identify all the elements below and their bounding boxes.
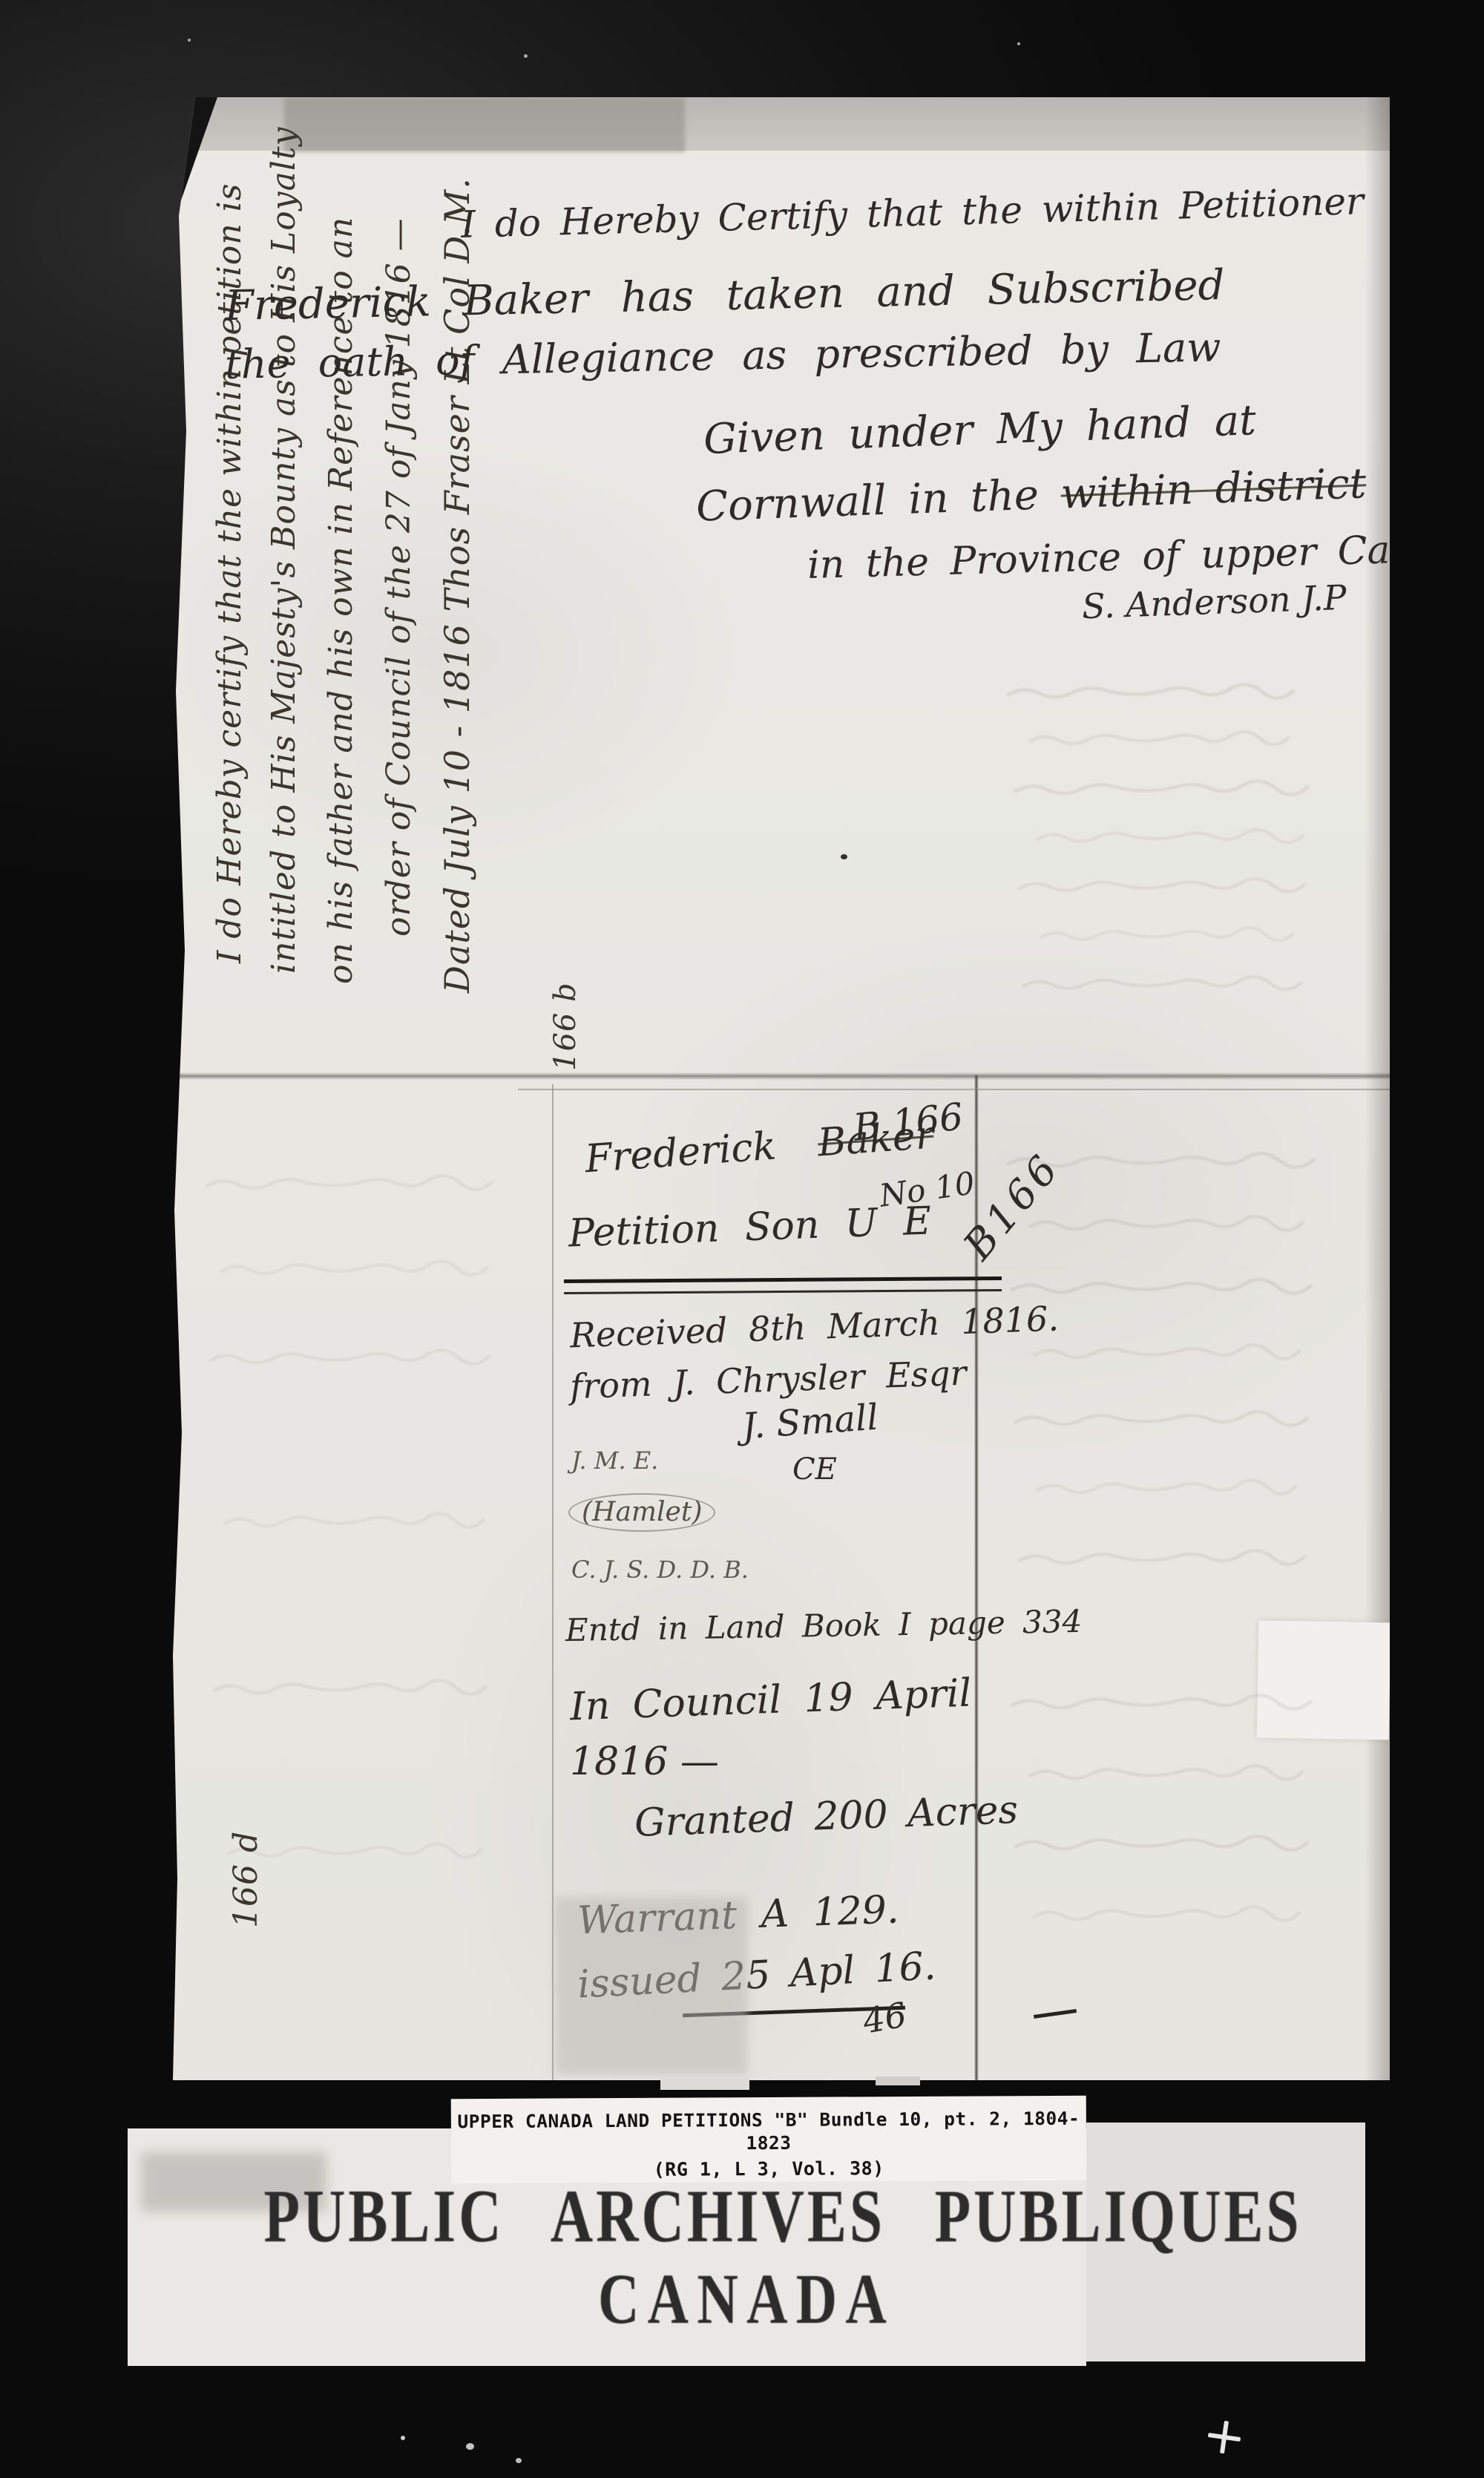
bleedthrough-writing bbox=[1008, 1277, 1342, 1299]
certificate-signature: S. Anderson J.P bbox=[1081, 580, 1347, 623]
docket-initials-a: J. M. E. bbox=[571, 1449, 658, 1472]
bleedthrough-writing bbox=[1008, 1693, 1342, 1715]
docket-top-rule bbox=[518, 1089, 1390, 1090]
certificate-line-2: Frederick Baker has taken and Subscribed bbox=[225, 265, 1225, 327]
docket-initials-b: C. J. S. D. D. B. bbox=[571, 1558, 749, 1581]
bleedthrough-writing bbox=[206, 1348, 518, 1370]
right-edge-shadow bbox=[1365, 97, 1390, 2080]
archives-stamp-line-2: CANADA bbox=[252, 2258, 1241, 2340]
docket-granted-line: Granted 200 Acres bbox=[634, 1791, 1019, 1843]
bleedthrough-writing bbox=[1011, 1409, 1338, 1432]
horizontal-fold-shadow bbox=[173, 1072, 1390, 1080]
bleedthrough-writing bbox=[1026, 1763, 1330, 1786]
bleedthrough-writing bbox=[1026, 1214, 1330, 1236]
manuscript-sheet: I do Hereby certify that the within peti… bbox=[173, 97, 1390, 2080]
docket-name-struck: Baker bbox=[816, 1113, 935, 1166]
typed-archive-label: UPPER CANADA LAND PETITIONS "B" Bundle 1… bbox=[451, 2096, 1087, 2183]
bleedthrough-writing bbox=[1011, 1834, 1338, 1856]
bleedthrough-writing bbox=[203, 1173, 522, 1196]
docket-entry-line: Entd in Land Book I page 334 bbox=[565, 1606, 1083, 1646]
bottom-smudge-patch bbox=[555, 1897, 748, 2075]
bleedthrough-writing bbox=[1037, 925, 1319, 946]
paper-fragment bbox=[876, 2077, 920, 2085]
certificate-line-3: the oath of Allegiance as prescribed by … bbox=[225, 327, 1221, 384]
paper-fragment bbox=[660, 2078, 749, 2090]
bleedthrough-writing bbox=[221, 1511, 510, 1533]
certificate-given-line-1: Given under My hand at bbox=[703, 400, 1256, 461]
side-number-upper: 166 b bbox=[551, 982, 580, 1071]
bleedthrough-writing bbox=[1026, 730, 1316, 750]
given-line-2-text: Cornwall in the bbox=[695, 471, 1062, 531]
bleedthrough-writing bbox=[1004, 682, 1323, 704]
film-speck bbox=[188, 39, 191, 42]
docket-circled-note: (Hamlet) bbox=[568, 1493, 715, 1532]
archives-stamp-line-1: PUBLIC ARCHIVES PUBLIQUES bbox=[263, 2173, 1229, 2260]
repair-patch bbox=[1257, 1620, 1391, 1740]
marginal-note-line: intitled to His Majesty's Bounty as to H… bbox=[268, 127, 301, 974]
given-line-2-struck-words: within district bbox=[1060, 459, 1367, 518]
vertical-fold-line bbox=[552, 1084, 554, 2080]
bleedthrough-writing bbox=[1034, 827, 1330, 848]
film-speck bbox=[516, 2458, 522, 2463]
docket-council-line-2: 1816 — bbox=[570, 1743, 719, 1781]
docket-received-line-2: from J. Chrysler Esqr bbox=[569, 1356, 967, 1404]
docket-name-text: Frederick bbox=[583, 1121, 819, 1182]
bleedthrough-writing bbox=[1011, 779, 1338, 801]
ink-blot bbox=[841, 854, 847, 859]
bleedthrough-writing bbox=[1034, 1478, 1323, 1500]
film-speck bbox=[1017, 42, 1020, 45]
bleedthrough-writing bbox=[1015, 1548, 1334, 1570]
bleedthrough-writing bbox=[1030, 1904, 1327, 1927]
microfilm-frame: I do Hereby certify that the within peti… bbox=[0, 0, 1484, 2478]
film-speck bbox=[466, 2443, 474, 2450]
docket-title: Petition Son U E bbox=[568, 1202, 932, 1253]
bleedthrough-writing bbox=[1019, 974, 1330, 995]
docket-name: Frederick Baker bbox=[584, 1116, 935, 1179]
bottom-dash-mark bbox=[1034, 2009, 1077, 2019]
certificate-line-1: I do Hereby Certify that the within Peti… bbox=[461, 183, 1365, 243]
bleedthrough-writing bbox=[1004, 1151, 1345, 1173]
docket-double-underline bbox=[564, 1276, 1002, 1294]
typed-label-line-1: UPPER CANADA LAND PETITIONS "B" Bundle 1… bbox=[451, 2108, 1086, 2157]
bleedthrough-writing bbox=[210, 1678, 514, 1700]
paper-top-stain-dark bbox=[284, 97, 685, 152]
docket-council-line-1: In Council 19 April bbox=[569, 1674, 972, 1727]
bleedthrough-writing bbox=[217, 1259, 514, 1281]
film-sparkle-blemish bbox=[1208, 2421, 1241, 2454]
docket-clerk-initials: CE bbox=[792, 1455, 837, 1484]
bleedthrough-writing bbox=[1030, 1343, 1327, 1365]
marginal-note-line: on his father and his own in Reference t… bbox=[325, 217, 358, 984]
certificate-given-line-2: Cornwall in the within district bbox=[695, 463, 1367, 528]
bleedthrough-writing bbox=[1015, 876, 1334, 897]
bleedthrough-writing bbox=[225, 1841, 507, 1864]
film-speck bbox=[524, 54, 528, 58]
film-speck bbox=[401, 2436, 405, 2440]
docket-received-line-1: Received 8th March 1816. bbox=[569, 1302, 1059, 1353]
docket-clerk-signature: J. Small bbox=[741, 1400, 880, 1445]
bottom-page-mark: 46 bbox=[860, 1997, 909, 2038]
